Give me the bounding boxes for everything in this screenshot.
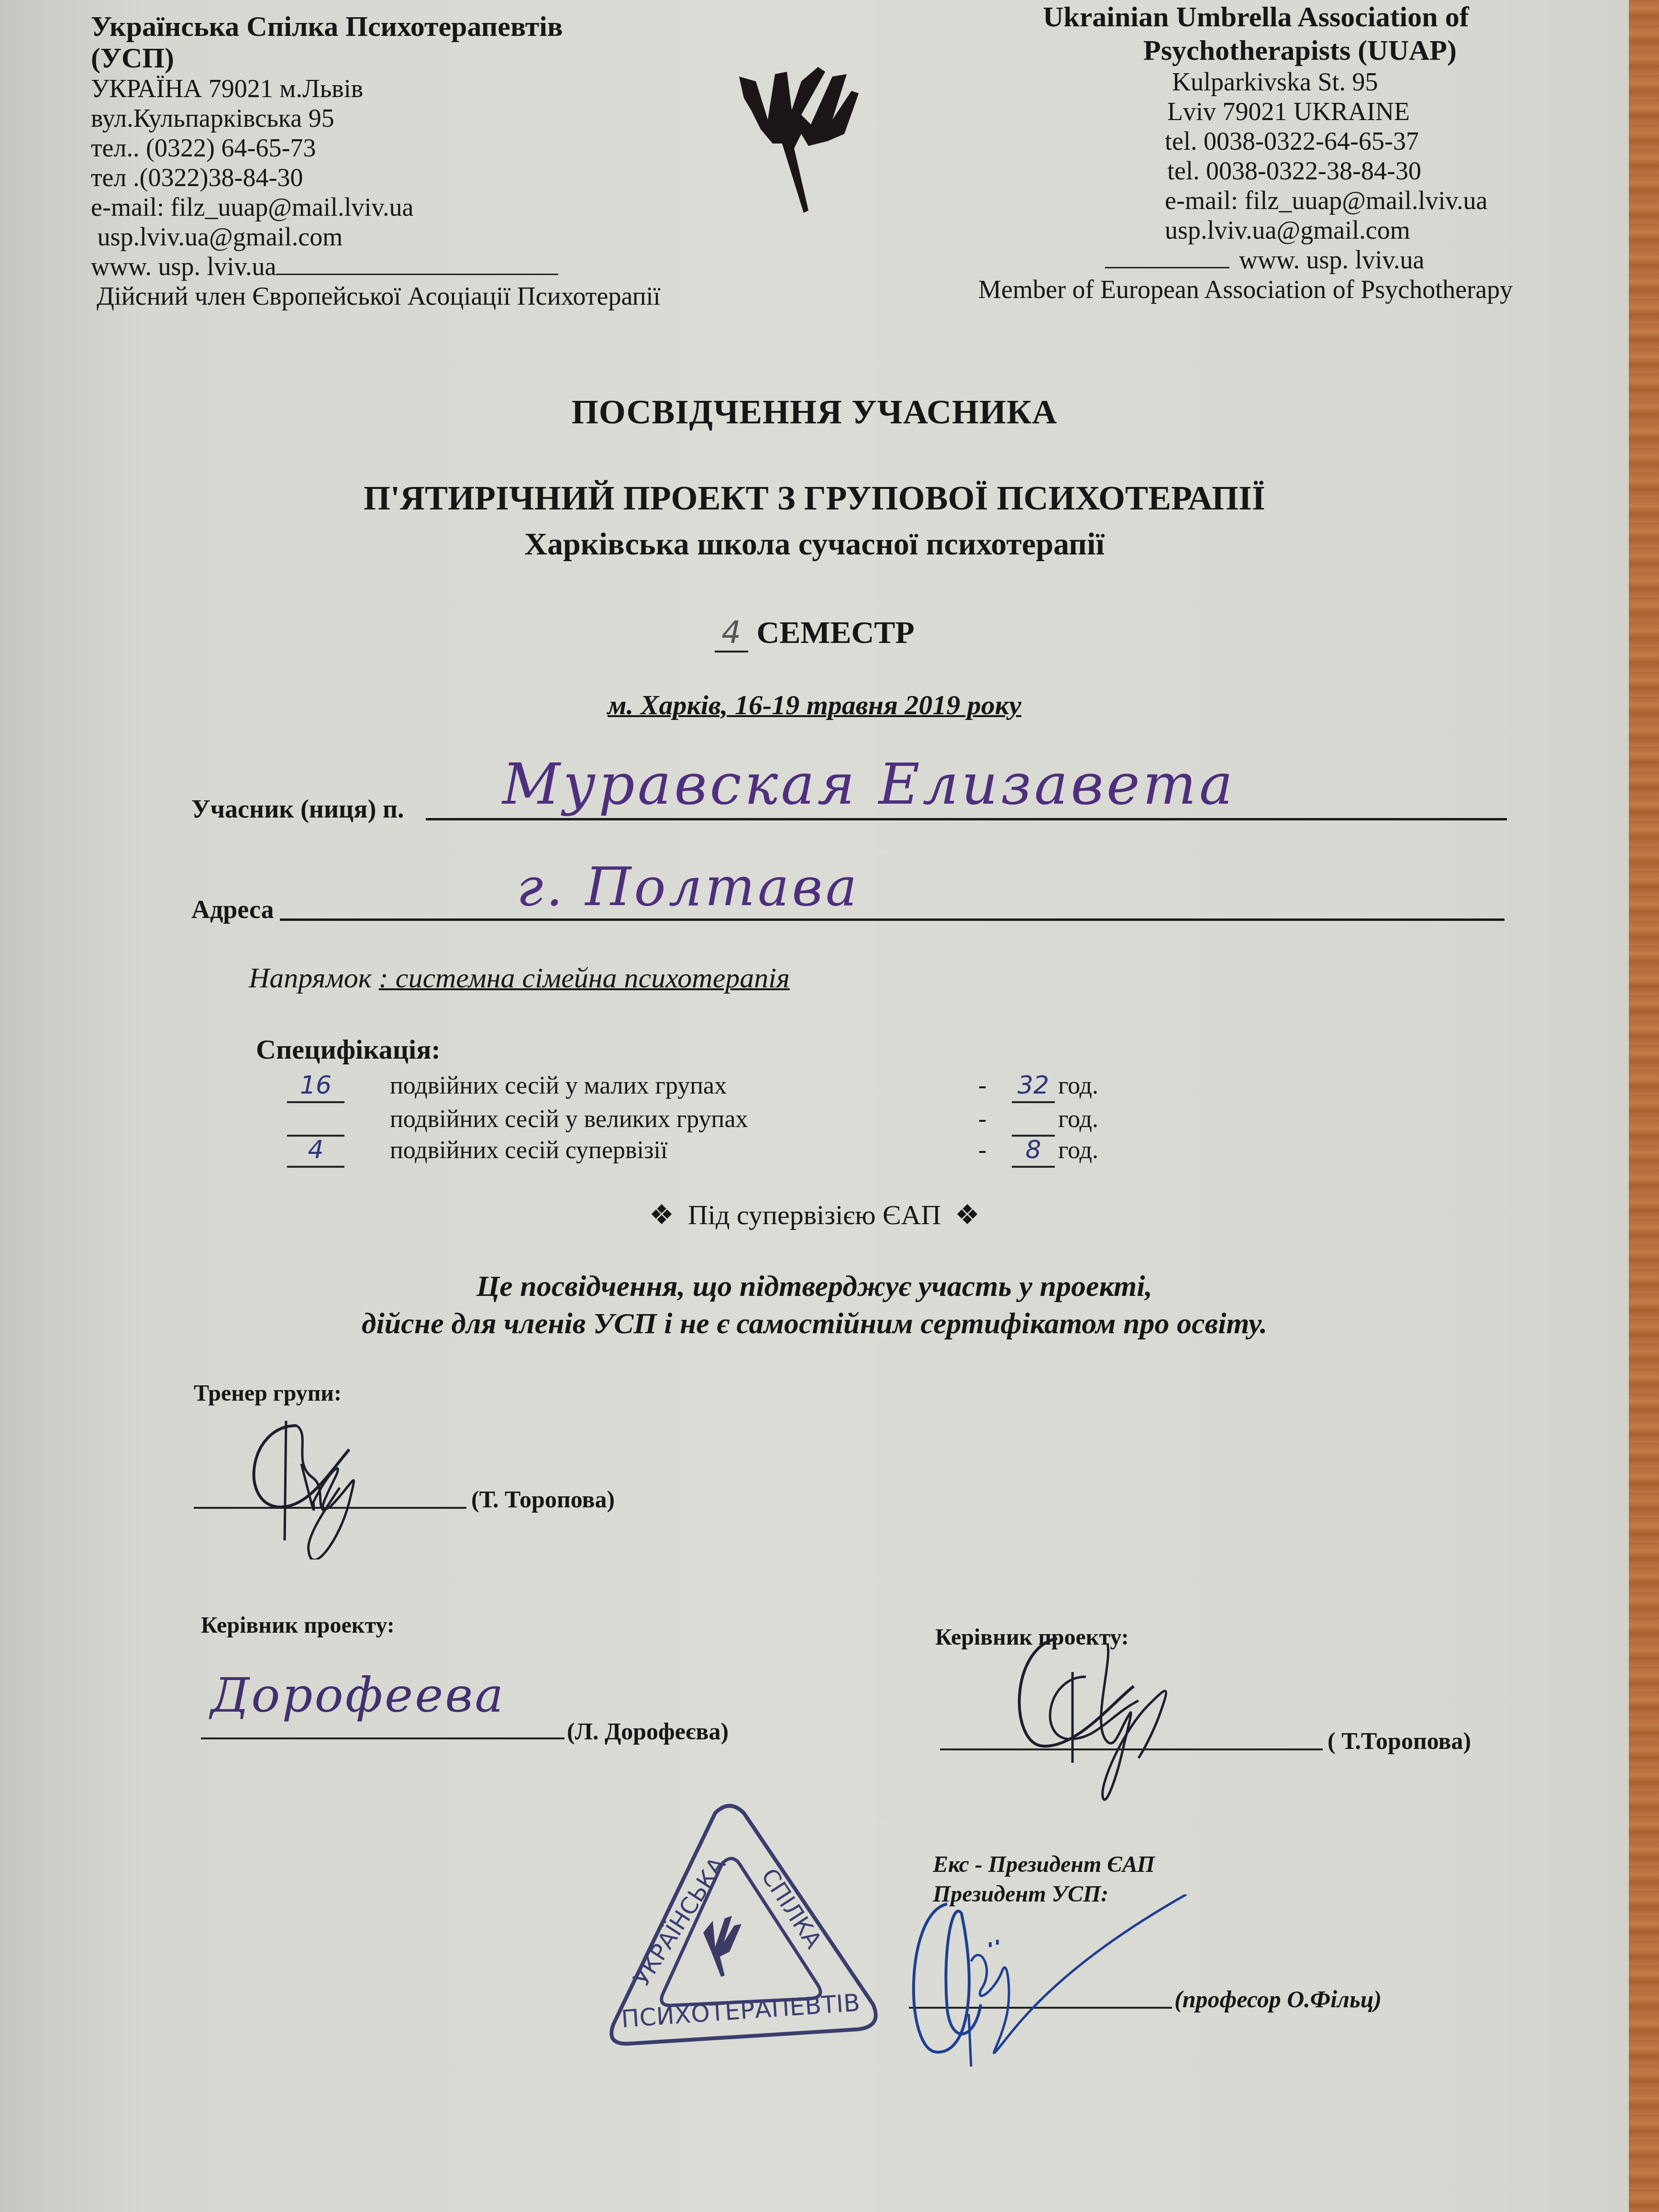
project-title: П'ЯТИРІЧНИЙ ПРОЕКТ З ГРУПОВОЇ ПСИХОТЕРАП… <box>0 478 1629 518</box>
certificate-paper: Українська Спілка Психотерапевтів (УСП) … <box>0 0 1629 2212</box>
website-text: www. usp. lviv.ua <box>91 252 276 281</box>
trainer-label: Тренер групи: <box>194 1380 342 1406</box>
semester-number: 4 <box>715 615 748 653</box>
website-line: www. usp. lviv.ua <box>91 252 737 281</box>
specification-title: Специфікація: <box>256 1033 441 1065</box>
spec-description: подвійних сесій супервізії <box>390 1136 667 1164</box>
email-line: usp.lviv.ua@gmail.com <box>971 215 1603 245</box>
spec-row: подвійних сесій у великих групах - год. <box>287 1105 1244 1139</box>
address-line-field <box>280 918 1504 921</box>
spec-unit: год. <box>1058 1072 1098 1100</box>
organization-stamp: УКРАЇНСЬКА СПІЛКА ПСИХОТЕРАПЕВТІВ <box>600 1799 887 2057</box>
spec-row: 4 подвійних сесій супервізії - 8 год. <box>287 1136 1244 1170</box>
org-name-ua: Українська Спілка Психотерапевтів <box>91 11 737 42</box>
spec-description: подвійних сесій у малих групах <box>390 1072 727 1100</box>
address-line: вул.Кульпарківська 95 <box>91 103 737 133</box>
address-label: Адреса <box>191 895 274 924</box>
address-line: УКРАЇНА 79021 м.Львів <box>91 74 737 103</box>
membership-ua: Дійсний член Європейської Асоціації Псих… <box>91 281 737 311</box>
spec-row: 16 подвійних сесій у малих групах - 32 г… <box>287 1072 1244 1105</box>
org-name-en-line1: Ukrainian Umbrella Association of <box>971 0 1603 33</box>
participant-line <box>426 818 1507 820</box>
spec-unit: год. <box>1058 1136 1098 1164</box>
uap-monogram-logo-icon <box>730 62 873 225</box>
header-left-ua: Українська Спілка Психотерапевтів (УСП) … <box>91 11 737 311</box>
school-title: Харківська школа сучасної психотерапії <box>0 526 1629 563</box>
address-handwritten: г. Полтава <box>517 856 860 918</box>
spec-count: 16 <box>287 1072 344 1103</box>
website-line: www. usp. lviv.ua <box>971 245 1603 275</box>
supervision-text: Під супервізією ЄАП <box>688 1199 941 1230</box>
semester-line: 4СЕМЕСТР <box>0 615 1629 653</box>
spec-unit: год. <box>1058 1105 1098 1133</box>
trainer-signature-icon <box>230 1406 431 1562</box>
header-rule <box>1105 267 1229 268</box>
spec-hours <box>1012 1105 1055 1137</box>
notice-line-2: дійсне для членів УСП і не є самостійним… <box>0 1305 1629 1342</box>
diamond-bullet-icon: ❖ <box>649 1199 674 1230</box>
phone-line: тел.. (0322) 64-65-73 <box>91 133 737 163</box>
project-lead-1-signature-line <box>201 1737 564 1739</box>
date-place-text: м. Харків, 16-19 травня 2019 року <box>608 689 1021 720</box>
phone-line: tel. 0038-0322-38-84-30 <box>971 156 1603 186</box>
phone-line: tel. 0038-0322-64-65-37 <box>971 126 1603 156</box>
direction-value: : системна сімейна психотерапія <box>379 962 790 994</box>
validity-notice: Це посвідчення, що підтверджує участь у … <box>0 1268 1629 1342</box>
phone-line: тел .(0322)38-84-30 <box>91 163 737 192</box>
president-name: (професор О.Фільц) <box>1174 1985 1382 2013</box>
project-lead-1-label: Керівник проекту: <box>201 1612 395 1638</box>
project-lead-2-name: ( Т.Торопова) <box>1327 1727 1471 1755</box>
org-name-en-line2: Psychotherapists (UUAP) <box>971 33 1603 67</box>
membership-en: Member of European Association of Psycho… <box>971 275 1603 304</box>
spec-count <box>287 1105 344 1137</box>
date-place: м. Харків, 16-19 травня 2019 року <box>0 689 1629 721</box>
spec-description: подвійних сесій у великих групах <box>390 1105 748 1133</box>
stamp-left-text: УКРАЇНСЬКА <box>628 1852 731 1991</box>
project-lead-1-name: (Л. Дорофеєва) <box>567 1717 729 1745</box>
notice-line-1: Це посвідчення, що підтверджує участь у … <box>0 1268 1629 1305</box>
trainer-name: (Т. Торопова) <box>471 1485 615 1513</box>
spec-hours: 32 <box>1012 1072 1055 1103</box>
header-right-en: Ukrainian Umbrella Association of Psycho… <box>971 0 1603 304</box>
semester-label: СЕМЕСТР <box>757 615 915 650</box>
spec-dash: - <box>978 1136 986 1164</box>
diamond-bullet-icon: ❖ <box>955 1199 980 1230</box>
president-label-line1: Екс - Президент ЄАП <box>933 1851 1155 1878</box>
project-lead-2-signature-icon <box>990 1624 1258 1818</box>
direction-label: Напрямок <box>249 962 372 994</box>
spec-dash: - <box>978 1072 986 1100</box>
spec-dash: - <box>978 1105 986 1133</box>
address-line: Lviv 79021 UKRAINE <box>971 97 1603 126</box>
supervision-line: ❖ Під супервізією ЄАП ❖ <box>0 1198 1629 1231</box>
email-line: usp.lviv.ua@gmail.com <box>91 222 737 252</box>
email-line: e-mail: filz_uuap@mail.lviv.ua <box>971 186 1603 215</box>
certificate-title: ПОСВІДЧЕННЯ УЧАСНИКА <box>0 392 1629 432</box>
direction-line: Напрямок : системна сімейна психотерапія <box>249 962 790 995</box>
president-signature-icon <box>899 1894 1206 2069</box>
org-abbr-ua: (УСП) <box>91 42 737 74</box>
project-lead-1-signature-handwritten: Дорофеева <box>210 1667 505 1723</box>
spec-hours: 8 <box>1012 1136 1055 1168</box>
spec-count: 4 <box>287 1136 344 1168</box>
participant-name-handwritten: Муравская Елизавета <box>502 751 1236 817</box>
header-rule <box>276 274 558 275</box>
website-text: www. usp. lviv.ua <box>1239 245 1424 274</box>
address-line: Kulparkivska St. 95 <box>971 67 1603 97</box>
email-line: e-mail: filz_uuap@mail.lviv.ua <box>91 192 737 222</box>
stamp-bottom-text: ПСИХОТЕРАПЕВТІВ <box>620 1989 861 2033</box>
participant-label: Учасник (ниця) п. <box>191 794 404 824</box>
